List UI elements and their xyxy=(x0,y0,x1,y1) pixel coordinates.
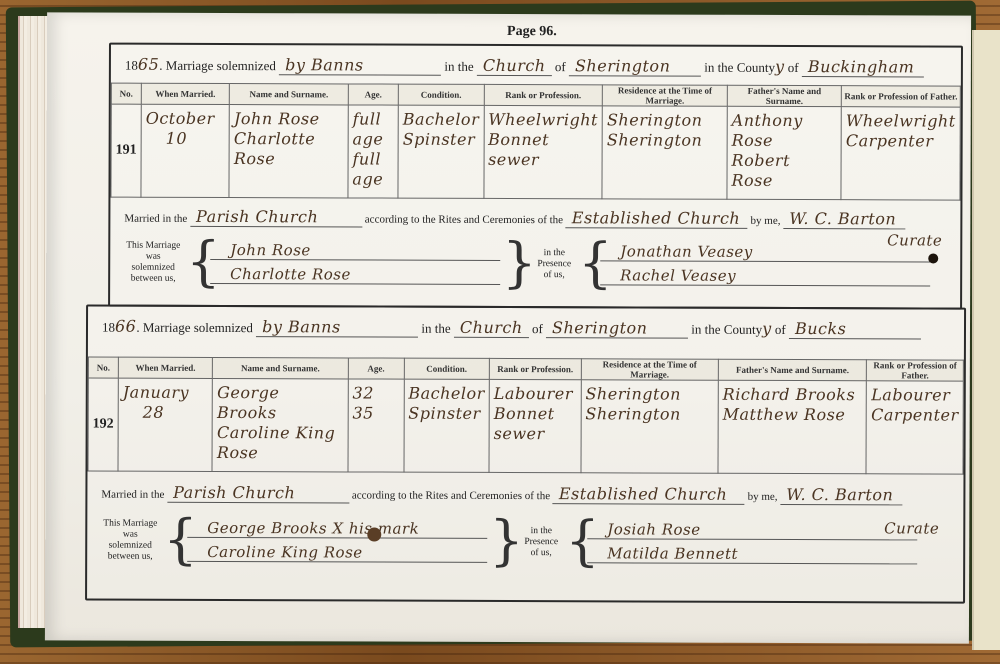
marriage-solemnized-label: Marriage solemnized xyxy=(166,58,276,73)
parish: Sherington xyxy=(569,56,701,76)
when-married: January28 xyxy=(118,378,213,471)
of-label: of xyxy=(555,59,566,74)
county: Bucks xyxy=(789,319,921,339)
entry-number: 192 xyxy=(88,378,118,471)
fathers-professions: LabourerCarpenter xyxy=(866,381,963,474)
witness-signature-1: Jonathan Veasey xyxy=(600,240,930,262)
in-the-label: in the xyxy=(444,59,473,74)
residences: SheringtonSherington xyxy=(581,380,719,473)
officiant-title: Curate xyxy=(884,519,939,537)
married-in: Parish Church xyxy=(167,483,349,504)
party-signature-2: Charlotte Rose xyxy=(210,263,500,285)
year-suffix: 65 xyxy=(138,55,159,74)
register-page: Page 96. 1865. Marriage solemnized by Ba… xyxy=(45,12,971,643)
witness-signature-1: Josiah Rose xyxy=(587,518,917,540)
officiant: W. C. Barton xyxy=(780,485,902,505)
married-in-line: Married in the Parish Church according t… xyxy=(101,483,953,506)
names: John RoseCharlotte Rose xyxy=(229,105,348,198)
table-row: 191 October10 John RoseCharlotte Rose fu… xyxy=(111,104,960,200)
marriage-entry-192: 1866. Marriage solemnized by Banns in th… xyxy=(85,305,966,604)
parties-label: This Marriage was solemnized between us, xyxy=(97,519,163,563)
signature-block: This Marriage was solemnized between us,… xyxy=(120,235,950,302)
entry-number: 191 xyxy=(111,104,141,197)
residences: SheringtonSherington xyxy=(602,106,727,199)
entry-headline: 1865. Marriage solemnized by Banns in th… xyxy=(125,55,951,84)
when-married: October10 xyxy=(141,104,230,197)
county-label: in the County xyxy=(704,60,775,75)
witnesses-label: in the Presence of us, xyxy=(530,248,578,281)
parish: Sherington xyxy=(546,318,688,338)
building: Church xyxy=(454,318,529,338)
county: Buckingham xyxy=(802,57,924,77)
page-number: Page 96. xyxy=(507,24,557,40)
column-headers: No. When Married. Name and Surname. Age.… xyxy=(111,83,960,107)
register-table: No. When Married. Name and Surname. Age.… xyxy=(87,357,963,475)
witnesses-label: in the Presence of us, xyxy=(517,526,565,559)
professions: LabourerBonnet sewer xyxy=(489,379,581,472)
solemnized-by: by Banns xyxy=(279,55,441,76)
conditions: BachelorSpinster xyxy=(398,105,484,198)
ink-blot xyxy=(928,253,938,263)
solemnized-by: by Banns xyxy=(256,317,418,338)
facing-page-edge xyxy=(972,30,1000,650)
year-suffix: 66 xyxy=(115,317,136,336)
rites: Established Church xyxy=(566,208,748,229)
register-table: No. When Married. Name and Surname. Age.… xyxy=(110,83,960,201)
party-signature-2: Caroline King Rose xyxy=(187,541,487,563)
marriage-entry-191: 1865. Marriage solemnized by Banns in th… xyxy=(108,43,963,310)
ages: full agefull age xyxy=(348,105,398,198)
table-row: 192 January28 George BrooksCaroline King… xyxy=(88,378,963,474)
parties-label: This Marriage was solemnized between us, xyxy=(120,241,186,285)
rites: Established Church xyxy=(553,484,745,505)
fathers-professions: WheelwrightCarpenter xyxy=(841,107,960,200)
ages: 3235 xyxy=(348,379,404,472)
married-in-line: Married in the Parish Church according t… xyxy=(124,207,950,230)
officiant-title: Curate xyxy=(887,231,942,249)
party-signature-1: George Brooks X his mark xyxy=(187,517,487,539)
column-headers: No. When Married. Name and Surname. Age.… xyxy=(88,357,963,381)
married-in: Parish Church xyxy=(190,207,362,228)
signature-block: This Marriage was solemnized between us,… xyxy=(97,513,953,580)
conditions: BachelorSpinster xyxy=(404,379,490,472)
fathers-names: Anthony RoseRobert Rose xyxy=(727,106,842,199)
witness-signature-2: Rachel Veasey xyxy=(600,264,930,286)
ink-blot xyxy=(367,528,381,542)
fathers-names: Richard BrooksMatthew Rose xyxy=(718,380,867,474)
year-prefix: 18 xyxy=(125,58,138,73)
party-signature-1: John Rose xyxy=(210,239,500,261)
names: George BrooksCaroline King Rose xyxy=(212,378,348,471)
entry-headline: 1866. Marriage solemnized by Banns in th… xyxy=(102,317,954,346)
professions: WheelwrightBonnet sewer xyxy=(483,105,602,198)
officiant: W. C. Barton xyxy=(783,209,905,229)
building: Church xyxy=(477,56,552,76)
witness-signature-2: Matilda Bennett xyxy=(587,542,917,564)
